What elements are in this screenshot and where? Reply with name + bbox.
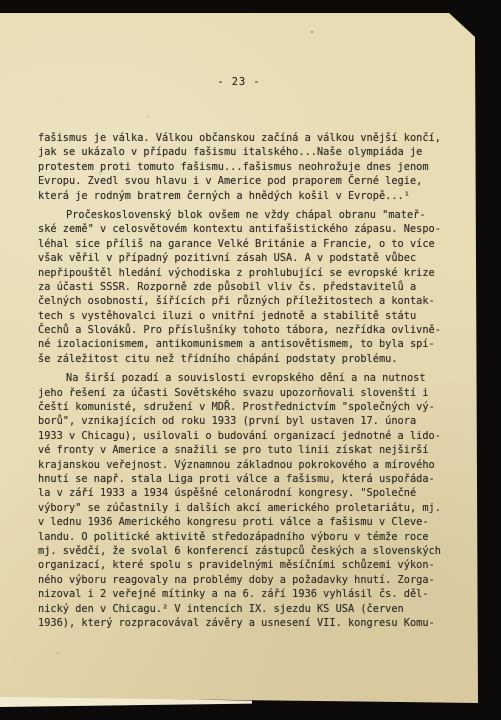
text-line: fašismus je válka. Válkou občanskou začí…: [38, 131, 462, 145]
text-line: borů", vznikajících od roku 1933 (první …: [38, 414, 462, 428]
text-line: vé fronty v Americe a snažili se pro tut…: [38, 443, 462, 457]
text-line: 1936), který rozpracovával závěry a usne…: [38, 616, 462, 630]
text-line: Čechů a Slováků. Pro příslušníky tohoto …: [38, 323, 462, 337]
text-line: mj. svědčí, že svolal 6 konferencí zástu…: [38, 544, 462, 558]
text-line: která je rodným bratrem černých a hnědýc…: [38, 189, 462, 203]
text-line: čelných osobností, šířících při různých …: [38, 294, 462, 308]
text-line: Na širší pozadí a souvislosti evropského…: [38, 371, 462, 385]
text-line: čeští komunisté, sdružení v MDŘ. Prostře…: [38, 400, 462, 414]
text-line: organizací, které spolu s pravidelnými m…: [38, 558, 462, 572]
text-line: landu. O politické aktivitě středozápadn…: [38, 530, 462, 544]
text-line: nický den v Chicagu.² V intencích IX. sj…: [38, 602, 462, 616]
scanned-page-background: - 23 - fašismus je válka. Válkou občansk…: [0, 0, 501, 720]
text-line: Pročeskoslovenský blok ovšem ne vždy chá…: [38, 208, 462, 222]
text-line: jeho řešení za účasti Sovětského svazu u…: [38, 386, 462, 400]
text-line: jak se ukázalo v případu fašismu italské…: [38, 145, 462, 159]
text-line: 1933 v Chicagu), usilovali o budování or…: [38, 429, 462, 443]
text-line: v lednu 1936 Amerického kongresu proti v…: [38, 515, 462, 529]
book-page: - 23 - fašismus je válka. Válkou občansk…: [0, 13, 479, 704]
page-number: - 23 -: [0, 76, 478, 88]
text-line: še záležitost citu než třídního chápání …: [38, 352, 462, 366]
paragraph: fašismus je válka. Válkou občanskou začí…: [38, 131, 462, 203]
text-line: Evropu. Zvedl svou hlavu i v Americe pod…: [38, 174, 462, 188]
text-line: hnutí se např. stala Liga proti válce a …: [38, 472, 462, 486]
text-line: léhal sice příliš na garance Velké Britá…: [38, 237, 462, 251]
paragraph: Na širší pozadí a souvislosti evropského…: [38, 371, 462, 630]
text-line: nizoval i 2 veřejné mítinky a na 6. září…: [38, 587, 462, 601]
text-line: la v září 1933 a 1934 úspěšné celonárodn…: [38, 486, 462, 500]
text-line: tech s vystěhovalci iluzi o vnitřní jedn…: [38, 309, 462, 323]
paragraph: Pročeskoslovenský blok ovšem ne vždy chá…: [38, 208, 462, 366]
text-line: nepřipouštěl hledání východiska z prohlu…: [38, 266, 462, 280]
text-line: však věřil v případný pozitivní zásah US…: [38, 251, 462, 265]
text-line: né izolacionismem, antikomunismem a anti…: [38, 337, 462, 351]
text-line: za účasti SSSR. Rozporně zde působil vli…: [38, 280, 462, 294]
text-line: krajanskou veřejnost. Významnou základno…: [38, 458, 462, 472]
page-body-text: fašismus je válka. Válkou občanskou začí…: [38, 131, 462, 630]
text-line: ské země" v celosvětovém kontextu antifa…: [38, 222, 462, 236]
text-line: výbory" se zúčastnily i dalších akcí ame…: [38, 501, 462, 515]
text-line: protestem proti tomuto fašismu...fašismu…: [38, 160, 462, 174]
text-line: ného výboru reagovaly na problémy doby a…: [38, 573, 462, 587]
